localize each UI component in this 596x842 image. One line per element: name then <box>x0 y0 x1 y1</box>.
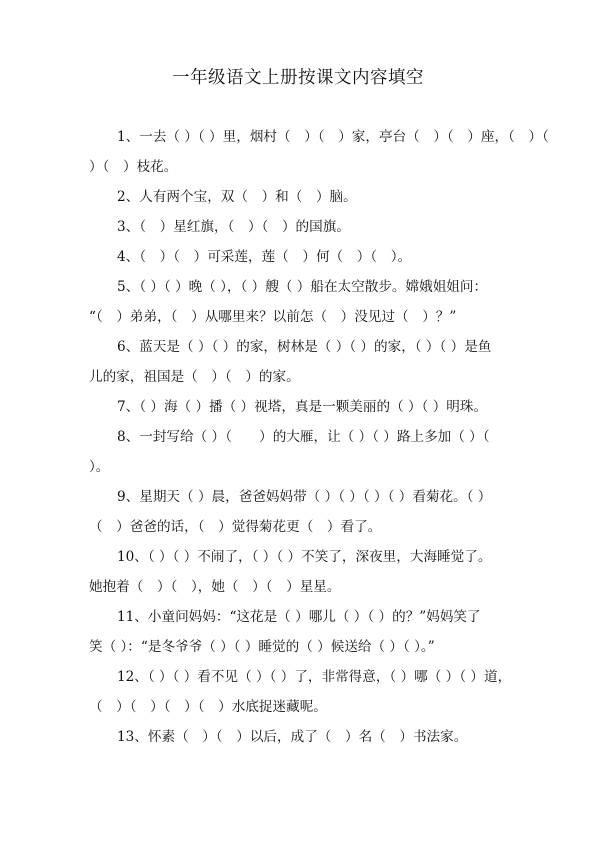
exercise-1-line-1: 1、一去（ ）（ ）里，烟村（ ）（ ）家，亭台（ ）（ ）座，（ ）（ <box>89 122 509 152</box>
exercise-9-line-1: 9、星期天（ ）晨，爸爸妈妈带（ ）（ ）（ ）（ ）看菊花。（ ） <box>89 482 509 512</box>
exercise-12-line-1: 12、（ ）（ ）看不见（ ）（ ）了，非常得意，（ ）哪（ ）（ ）道， <box>89 662 509 692</box>
exercise-5-line-1: 5、（ ）（ ）晚（ ），（ ）艘（ ）船在太空散步。嫦娥姐姐问： <box>89 272 509 302</box>
exercise-1-line-2: ）（ ）枝花。 <box>89 152 509 182</box>
exercise-6-line-1: 6、蓝天是（ ）（ ）的家，树林是（ ）（ ）的家，（ ）（ ）是鱼 <box>89 332 509 362</box>
exercise-12-line-2: （ ）（ ）（ ）（ ）水底捉迷藏呢。 <box>89 692 509 722</box>
exercise-8-line-2: ）。 <box>89 452 509 482</box>
exercise-7: 7、（ ）海（ ）播（ ）视塔，真是一颗美丽的（ ）（ ）明珠。 <box>89 392 509 422</box>
document-page: 一年级语文上册按课文内容填空 1、一去（ ）（ ）里，烟村（ ）（ ）家，亭台（… <box>0 0 596 842</box>
exercise-5-line-2: “（ ）弟弟，（ ）从哪里来？以前怎（ ）没见过（ ）？” <box>89 302 509 332</box>
exercise-13: 13、怀素（ ）（ ）以后，成了（ ）名（ ）书法家。 <box>89 722 509 752</box>
fill-in-blank-exercises: 1、一去（ ）（ ）里，烟村（ ）（ ）家，亭台（ ）（ ）座，（ ）（ ）（ … <box>89 122 509 752</box>
exercise-2: 2、人有两个宝，双（ ）和（ ）脑。 <box>89 182 509 212</box>
exercise-8-line-1: 8、一封写给（ ）（ ）的大雁，让（ ）（ ）路上多加（ ）（ <box>89 422 509 452</box>
exercise-9-line-2: （ ）爸爸的话，（ ）觉得菊花更（ ）看了。 <box>89 512 509 542</box>
exercise-10-line-1: 10、（ ）（ ）不闹了，（ ）（ ）不笑了，深夜里，大海睡觉了。 <box>89 542 509 572</box>
document-title: 一年级语文上册按课文内容填空 <box>0 66 596 90</box>
exercise-3: 3、（ ）星红旗，（ ）（ ）的国旗。 <box>89 212 509 242</box>
exercise-6-line-2: 儿的家，祖国是（ ）（ ）的家。 <box>89 362 509 392</box>
exercise-11-line-1: 11、小童问妈妈：“这花是（ ）哪儿（ ）（ ）的？”妈妈笑了 <box>89 602 509 632</box>
exercise-4: 4、（ ）（ ）可采莲，莲（ ）何（ ）（ ）。 <box>89 242 509 272</box>
exercise-10-line-2: 她抱着（ ）（ ），她（ ）（ ）星星。 <box>89 572 509 602</box>
exercise-11-line-2: 笑（ ）：“是冬爷爷（ ）（ ）睡觉的（ ）候送给（ ）（ ）。” <box>89 632 509 662</box>
